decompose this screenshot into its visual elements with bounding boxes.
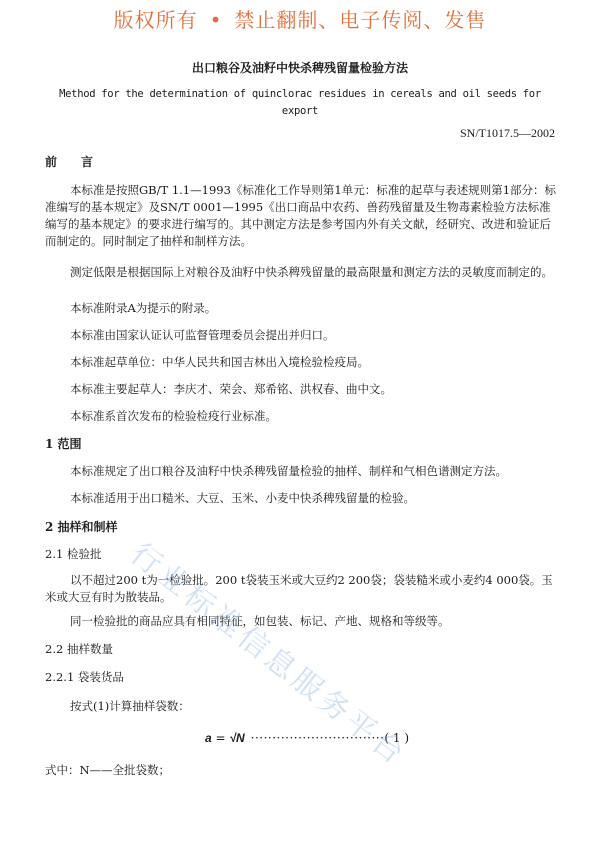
section-1-paragraph-1: 本标准规定了出口粮谷及油籽中快杀稗残留量检验的抽样、制样和气相色谱测定方法。	[70, 463, 507, 479]
foreword-paragraph-3: 本标准附录A为提示的附录。	[70, 300, 216, 316]
foreword-paragraph-7: 本标准系首次发布的检验检疫行业标准。	[70, 408, 277, 424]
formula-label: ( 1 )	[384, 731, 409, 745]
document-title-english: Method for the determination of quinclor…	[45, 86, 555, 120]
section-1-heading: 1 范围	[45, 435, 82, 452]
foreword-paragraph-1: 本标准是按照GB/T 1.1—1993《标准化工作导则第1单元：标准的起草与表述…	[45, 182, 557, 250]
formula-where: 式中：N——全批袋数；	[45, 762, 170, 778]
formula-equals: =	[212, 731, 230, 745]
foreword-paragraph-4: 本标准由国家认证认可监督管理委员会提出并归口。	[70, 327, 335, 343]
formula-1: a = √N·······························( 1…	[205, 731, 409, 745]
standard-number: SN/T1017.5—2002	[460, 126, 555, 141]
section-2-1-paragraph-2: 同一检验批的商品应具有相同特征，如包装、标记、产地、规格和等级等。	[70, 613, 450, 629]
document-title-chinese: 出口粮谷及油籽中快杀稗残留量检验方法	[0, 59, 600, 76]
formula-intro: 按式(1)计算抽样袋数：	[70, 698, 190, 714]
foreword-heading: 前 言	[45, 153, 93, 170]
banner-left: 版权所有	[114, 8, 198, 32]
section-2-2-1-heading: 2.2.1 袋装货品	[45, 669, 124, 685]
foreword-paragraph-6: 本标准主要起草人：李庆才、荣会、郑希铭、洪权春、曲中文。	[70, 381, 392, 397]
foreword-paragraph-5: 本标准起草单位：中华人民共和国吉林出入境检验检疫局。	[70, 354, 369, 370]
section-2-heading: 2 抽样和制样	[45, 518, 118, 535]
formula-rhs: √N	[229, 731, 244, 745]
banner-right: 禁止翻制、电子传阅、发售	[234, 8, 486, 32]
banner-dot: •	[210, 8, 223, 32]
copyright-banner: 版权所有•禁止翻制、电子传阅、发售	[0, 4, 600, 33]
section-2-1-heading: 2.1 检验批	[45, 546, 101, 562]
formula-lhs: a	[205, 731, 212, 745]
foreword-paragraph-2: 测定低限是根据国际上对粮谷及油籽中快杀稗残留量的最高限量和测定方法的灵敏度而制定…	[45, 264, 557, 281]
section-1-paragraph-2: 本标准适用于出口糙米、大豆、玉米、小麦中快杀稗残留量的检验。	[70, 490, 415, 506]
formula-leader-dots: ·······························	[251, 731, 385, 745]
section-2-1-paragraph-1: 以不超过200 t为一检验批。200 t袋装玉米或大豆约2 200袋；袋装糙米或…	[45, 572, 557, 606]
section-2-2-heading: 2.2 抽样数量	[45, 641, 113, 657]
